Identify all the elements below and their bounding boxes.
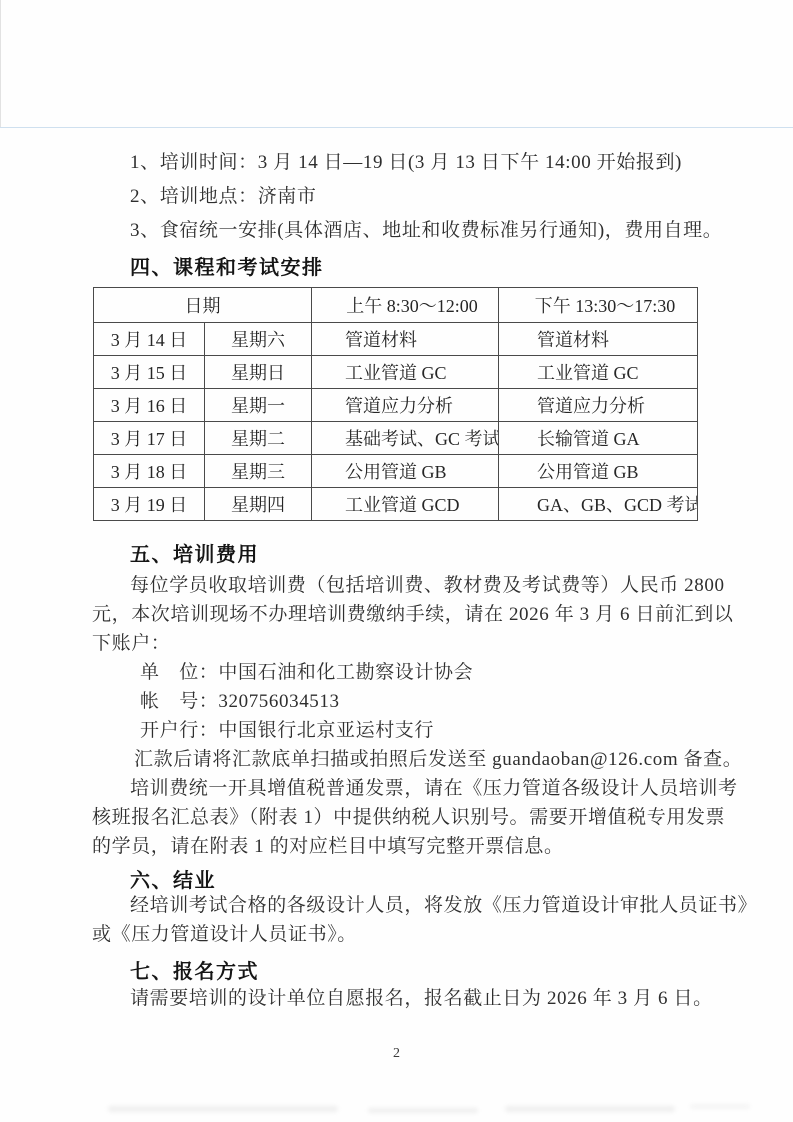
section-heading-training-fee: 五、培训费用 [130,538,259,567]
schedule-cell-morning: 管道应力分析 [312,389,499,422]
fee-paragraph-line: 下账户： [92,629,752,658]
bank-account-number: 帐 号：320756034513 [92,687,752,716]
scan-artifact-smudge [505,1106,675,1112]
completion-paragraph-line: 经培训考试合格的各级设计人员，将发放《压力管道设计审批人员证书》 [92,891,752,920]
schedule-row: 3 月 19 日 星期四 工业管道 GCD GA、GB、GCD 考试 [94,488,698,521]
schedule-cell-date: 3 月 15 日 [94,356,205,389]
registration-section: 请需要培训的设计单位自愿报名，报名截止日为 2026 年 3 月 6 日。 [92,984,752,1013]
schedule-cell-date: 3 月 19 日 [94,488,205,521]
scan-artifact-edge-line [0,0,1,127]
intro-item-training-time: 1、培训时间：3 月 14 日—19 日(3 月 13 日下午 14:00 开始… [92,146,752,180]
scan-artifact-smudge [368,1108,478,1113]
schedule-cell-morning: 基础考试、GC 考试 [312,422,499,455]
schedule-cell-morning: 工业管道 GC [312,356,499,389]
schedule-row: 3 月 17 日 星期二 基础考试、GC 考试 长输管道 GA [94,422,698,455]
intro-item-training-location: 2、培训地点：济南市 [92,180,752,214]
section-heading-registration: 七、报名方式 [130,955,259,984]
schedule-cell-morning: 公用管道 GB [312,455,499,488]
schedule-cell-afternoon: GA、GB、GCD 考试 [499,488,698,521]
fee-paragraph-line: 每位学员收取培训费（包括培训费、教材费及考试费等）人民币 2800 [92,571,752,600]
scan-artifact-smudge [690,1104,750,1109]
schedule-cell-weekday: 星期日 [205,356,312,389]
schedule-row: 3 月 14 日 星期六 管道材料 管道材料 [94,323,698,356]
bank-account-name: 单 位：中国石油和化工勘察设计协会 [92,658,752,687]
schedule-cell-morning: 工业管道 GCD [312,488,499,521]
scan-artifact-smudge [108,1106,338,1112]
intro-list: 1、培训时间：3 月 14 日—19 日(3 月 13 日下午 14:00 开始… [92,146,752,248]
schedule-cell-afternoon: 长输管道 GA [499,422,698,455]
schedule-cell-afternoon: 管道材料 [499,323,698,356]
training-fee-section: 每位学员收取培训费（包括培训费、教材费及考试费等）人民币 2800 元，本次培训… [92,571,752,861]
completion-section: 经培训考试合格的各级设计人员，将发放《压力管道设计审批人员证书》 或《压力管道设… [92,891,752,949]
schedule-cell-weekday: 星期四 [205,488,312,521]
schedule-header-morning: 上午 8:30～12:00 [312,288,499,323]
schedule-cell-afternoon: 工业管道 GC [499,356,698,389]
schedule-cell-date: 3 月 14 日 [94,323,205,356]
schedule-header-date: 日期 [94,288,312,323]
schedule-cell-date: 3 月 17 日 [94,422,205,455]
invoice-paragraph-line: 的学员，请在附表 1 的对应栏目中填写完整开票信息。 [92,832,752,861]
scan-artifact-blue-line [0,127,793,128]
invoice-paragraph-line: 培训费统一开具增值税普通发票，请在《压力管道各级设计人员培训考 [92,774,752,803]
intro-item-accommodation: 3、食宿统一安排(具体酒店、地址和收费标准另行通知)，费用自理。 [92,214,752,248]
registration-paragraph-line: 请需要培训的设计单位自愿报名，报名截止日为 2026 年 3 月 6 日。 [92,984,752,1013]
schedule-header-row: 日期 上午 8:30～12:00 下午 13:30～17:30 [94,288,698,323]
schedule-cell-date: 3 月 16 日 [94,389,205,422]
schedule-cell-weekday: 星期一 [205,389,312,422]
schedule-cell-weekday: 星期六 [205,323,312,356]
schedule-cell-morning: 管道材料 [312,323,499,356]
invoice-paragraph-line: 核班报名汇总表》（附表 1）中提供纳税人识别号。需要开增值税专用发票 [92,803,752,832]
schedule-cell-date: 3 月 18 日 [94,455,205,488]
schedule-header-afternoon: 下午 13:30～17:30 [499,288,698,323]
completion-paragraph-line: 或《压力管道设计人员证书》。 [92,920,752,949]
schedule-row: 3 月 18 日 星期三 公用管道 GB 公用管道 GB [94,455,698,488]
course-schedule-table: 日期 上午 8:30～12:00 下午 13:30～17:30 3 月 14 日… [93,287,698,521]
page-number: 2 [0,1046,793,1062]
schedule-row: 3 月 15 日 星期日 工业管道 GC 工业管道 GC [94,356,698,389]
schedule-row: 3 月 16 日 星期一 管道应力分析 管道应力分析 [94,389,698,422]
document-page: 1、培训时间：3 月 14 日—19 日(3 月 13 日下午 14:00 开始… [0,0,793,1122]
fee-paragraph-line: 元，本次培训现场不办理培训费缴纳手续，请在 2026 年 3 月 6 日前汇到以 [92,600,752,629]
schedule-cell-weekday: 星期二 [205,422,312,455]
bank-branch: 开户行：中国银行北京亚运村支行 [92,716,752,745]
section-heading-completion: 六、结业 [130,864,216,893]
remittance-note: 汇款后请将汇款底单扫描或拍照后发送至 guandaoban@126.com 备查… [92,745,752,774]
section-heading-course-schedule: 四、课程和考试安排 [130,251,324,280]
schedule-cell-afternoon: 公用管道 GB [499,455,698,488]
schedule-cell-afternoon: 管道应力分析 [499,389,698,422]
schedule-cell-weekday: 星期三 [205,455,312,488]
